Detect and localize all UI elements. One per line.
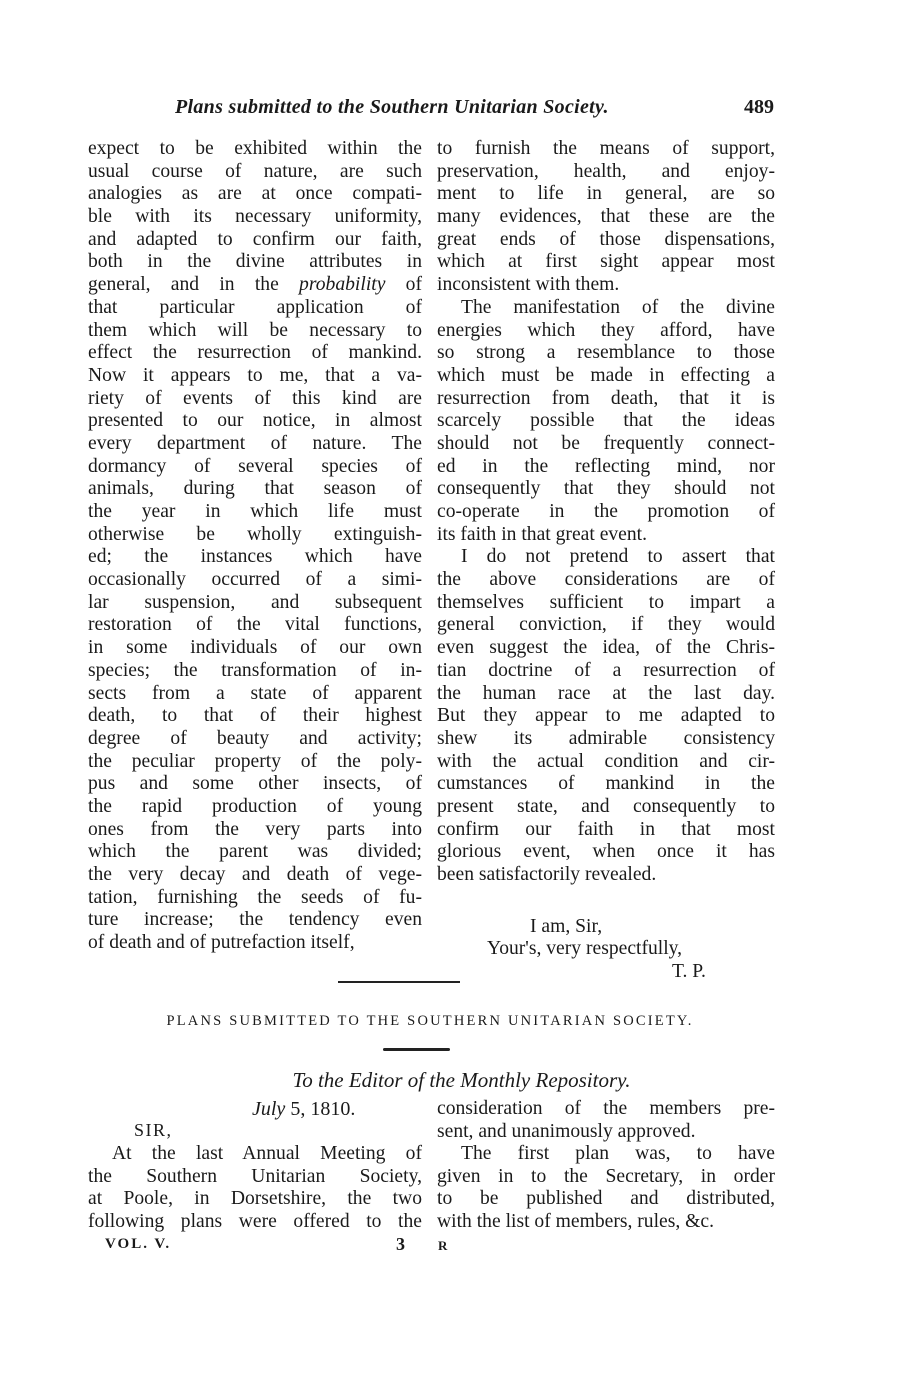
text-line: ture increase; the tendency even [88,909,422,932]
text-line: both in the divine attributes in [88,251,422,274]
text-line: At the last Annual Meeting of [88,1143,422,1166]
text-line: consideration of the members pre- [437,1098,775,1121]
letter-left-column: expect to be exhibited within theusual c… [88,138,422,955]
text-line: ble with its necessary uniformity, [88,206,422,229]
section-title: PLANS SUBMITTED TO THE SOUTHERN UNITARIA… [100,1013,760,1030]
text-line: many evidences, that these are the [437,206,775,229]
text-line: ment to life in general, are so [437,183,775,206]
text-line: which at first sight appear most [437,251,775,274]
page-number: 489 [744,96,774,119]
text-line: ed in the reflecting mind, nor [437,456,775,479]
text-line: the very decay and death of vege- [88,864,422,887]
text-line: that particular application of [88,297,422,320]
text-line: confirm our faith in that most [437,819,775,842]
text-line: The manifestation of the divine [437,297,775,320]
text-line: its faith in that great event. [437,524,775,547]
text-line: the peculiar property of the poly- [88,751,422,774]
text-line: analogies as are at once compati- [88,183,422,206]
text-line: co-operate in the promotion of [437,501,775,524]
text-line: the human race at the last day. [437,683,775,706]
footer-signature-mark: 3 [396,1234,405,1255]
text-line: ones from the very parts into [88,819,422,842]
text-line: great ends of those dispensations, [437,229,775,252]
text-line: so strong a resemblance to those [437,342,775,365]
closing-line-2: Your's, very respectfully, [487,938,682,960]
text-line: cumstances of mankind in the [437,773,775,796]
text-line: which must be made in effecting a [437,365,775,388]
text-line: usual course of nature, are such [88,161,422,184]
text-line: degree of beauty and activity; [88,728,422,751]
text-line: But they appear to me adapted to [437,705,775,728]
text-line: expect to be exhibited within the [88,138,422,161]
text-line: themselves sufficient to impart a [437,592,775,615]
text-line: otherwise be wholly extinguish- [88,524,422,547]
text-line: The first plan was, to have [437,1143,775,1166]
text-line: to be published and distributed, [437,1188,775,1211]
text-line: given in to the Secretary, in order [437,1166,775,1189]
text-line: them which will be necessary to [88,320,422,343]
text-line: preservation, health, and enjoy- [437,161,775,184]
text-line: at Poole, in Dorsetshire, the two [88,1188,422,1211]
text-line: effect the resurrection of mankind. [88,342,422,365]
text-line: present state, and consequently to [437,796,775,819]
text-line: animals, during that season of [88,478,422,501]
text-line: which the parent was divided; [88,841,422,864]
text-line: the above considerations are of [437,569,775,592]
running-head: Plans submitted to the Southern Unitaria… [175,96,609,119]
text-line: I do not pretend to assert that [437,546,775,569]
text-line: tian doctrine of a resurrection of [437,660,775,683]
text-line: with the actual condition and cir- [437,751,775,774]
text-line: the Southern Unitarian Society, [88,1166,422,1189]
text-line: tation, furnishing the seeds of fu- [88,887,422,910]
letter-right-column: to furnish the means of support,preserva… [437,138,775,887]
text-line: every department of nature. The [88,433,422,456]
title-divider-rule [383,1048,450,1051]
text-line: pus and some other insects, of [88,773,422,796]
text-line: sent, and unanimously approved. [437,1121,775,1144]
salutation: SIR, [134,1120,173,1141]
text-line: following plans were offered to the [88,1211,422,1234]
text-line: resurrection from death, that it is [437,388,775,411]
section-subtitle: To the Editor of the Monthly Repository. [0,1068,923,1093]
text-line: even suggest the idea, of the Chris- [437,637,775,660]
text-line: consequently that they should not [437,478,775,501]
footer-signature-letter: R [438,1238,447,1254]
section-right-column: consideration of the members pre-sent, a… [437,1098,775,1233]
text-line: and adapted to confirm our faith, [88,229,422,252]
text-line: the year in which life must [88,501,422,524]
text-line: Now it appears to me, that a va- [88,365,422,388]
text-line: of death and of putrefaction itself, [88,932,422,955]
text-line: been satisfactorily revealed. [437,864,775,887]
text-line: to furnish the means of support, [437,138,775,161]
text-line: species; the transformation of in- [88,660,422,683]
closing-line-1: I am, Sir, [530,916,602,938]
signature: T. P. [672,961,706,983]
text-line: should not be frequently connect- [437,433,775,456]
text-line: general conviction, if they would [437,614,775,637]
text-line: inconsistent with them. [437,274,775,297]
text-line: occasionally occurred of a simi- [88,569,422,592]
section-divider-rule [338,981,460,983]
text-line: general, and in the probability of [88,274,422,297]
letter-date: July 5, 1810. [252,1098,355,1121]
text-line: lar suspension, and subsequent [88,592,422,615]
footer-volume: VOL. V. [105,1236,171,1253]
text-line: restoration of the vital functions, [88,614,422,637]
text-line: energies which they afford, have [437,320,775,343]
text-line: glorious event, when once it has [437,841,775,864]
section-left-column: At the last Annual Meeting ofthe Souther… [88,1143,422,1233]
text-line: ed; the instances which have [88,546,422,569]
text-line: in some individuals of our own [88,637,422,660]
text-line: with the list of members, rules, &c. [437,1211,775,1234]
text-line: the rapid production of young [88,796,422,819]
text-line: shew its admirable consistency [437,728,775,751]
text-line: scarcely possible that the ideas [437,410,775,433]
text-line: riety of events of this kind are [88,388,422,411]
text-line: death, to that of their highest [88,705,422,728]
text-line: presented to our notice, in almost [88,410,422,433]
text-line: dormancy of several species of [88,456,422,479]
text-line: sects from a state of apparent [88,683,422,706]
